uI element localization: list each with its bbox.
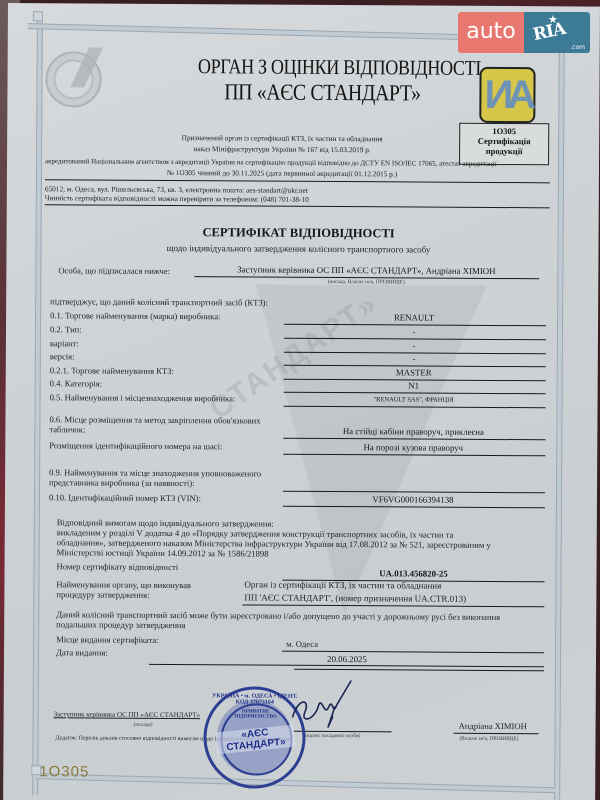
field-label: варіант: bbox=[50, 338, 79, 349]
certificate-number-value: UA.013.456820-25 bbox=[282, 568, 544, 581]
autoria-auto-text: auto bbox=[458, 12, 524, 53]
org-title-line2: ПП «АЄС СТАНДАРТ» bbox=[198, 79, 448, 106]
registration-line2: подальших процедур затвердження bbox=[56, 619, 185, 631]
chassis-label: Розміщення ідентифікаційного номера на ш… bbox=[49, 440, 222, 452]
org-title-line1: ОРГАН З ОЦІНКИ ВІДПОВІДНОСТІ bbox=[198, 54, 448, 81]
field-label: 0.2.1. Торгове найменування КТЗ: bbox=[50, 365, 174, 377]
organization-title: ОРГАН З ОЦІНКИ ВІДПОВІДНОСТІ ПП «АЄС СТА… bbox=[198, 54, 448, 106]
designated-line2: наказ Мініфраструктури України № 167 від… bbox=[107, 144, 457, 156]
autoria-domain: .com bbox=[570, 44, 585, 51]
field-label: 0.1. Торгове найменування (марка) виробн… bbox=[50, 310, 220, 322]
signer-caption: (посада, Власне ім'я, ПРІЗВИЩЕ) bbox=[196, 278, 536, 286]
field-value: MASTER bbox=[284, 367, 544, 380]
body-value-1: Орган із сертифікації КТЗ, їх частин та … bbox=[244, 579, 441, 591]
field-value: RENAULT bbox=[284, 312, 544, 325]
body-value-2: ПП 'АЄС СТАНДАРТ', (номер призначення UA… bbox=[244, 592, 466, 604]
autoria-watermark: auto ★ RIA .com bbox=[458, 12, 590, 53]
field-label: 0.4. Категорія: bbox=[50, 378, 103, 389]
field-value: "RENAULT SAS", ФРАНЦІЯ bbox=[284, 394, 544, 407]
field-label: 0.5. Найменування і місцезнаходження вир… bbox=[50, 392, 236, 404]
form-serial-number: 1О305 bbox=[39, 763, 89, 780]
designated-line1: Призначений орган із сертифікації КТЗ, ї… bbox=[107, 133, 457, 145]
field-label: версія: bbox=[50, 351, 75, 362]
field-label: 0.2. Тип: bbox=[50, 324, 82, 335]
accredited-line2: № 1О305 чинний до 30.11.2025 (дата перви… bbox=[107, 168, 457, 180]
field-value: - bbox=[284, 353, 544, 366]
field-value: N1 bbox=[284, 380, 544, 393]
stamp-top-text: ПРИВАТНЕ ПІДПРИЄМСТВО bbox=[231, 709, 281, 719]
certificate-title: СЕРТИФІКАТ ВІДПОВІДНОСТІ bbox=[0, 224, 599, 243]
certificate-number-label: Номер сертифікату відповідності bbox=[57, 561, 179, 573]
handwritten-signature-icon bbox=[289, 677, 359, 737]
compliance-line4: Міністерстві юстиції України 14.09.2012 … bbox=[57, 547, 269, 559]
autoria-ria-block: ★ RIA .com bbox=[524, 12, 590, 53]
body-label-2: процедуру затвердження: bbox=[56, 589, 149, 601]
signature-position: Заступник керівника ОС ПП «АЄС СТАНДАРТ» bbox=[54, 709, 201, 721]
plates-value: На стійці кабіни праворуч, приклеєна bbox=[283, 426, 543, 439]
date-label: Дата видання: bbox=[56, 647, 108, 658]
place-value: м. Одеса bbox=[286, 639, 318, 650]
chassis-value: На порозі кузова праворуч bbox=[283, 442, 543, 455]
accreditation-type-1: Сертифікація bbox=[460, 136, 548, 147]
accreditation-type-2: продукції bbox=[460, 146, 548, 157]
frame-left bbox=[32, 15, 43, 795]
frame-bottom bbox=[35, 773, 555, 793]
field-value: - bbox=[284, 340, 544, 353]
certificate-subtitle: щодо індивідуального затвердження колісн… bbox=[0, 242, 599, 256]
phone-note: Чинність сертифіката відповідності можна… bbox=[45, 193, 309, 205]
vin-value: VF6VG000166394138 bbox=[283, 494, 543, 507]
place-label: Місце видання сертифіката: bbox=[56, 634, 159, 646]
vin-label: 0.10. Ідентифікаційний номер КТЗ (VIN): bbox=[49, 492, 201, 504]
confirms-text: підтверджує, що даний колісний транспорт… bbox=[50, 296, 268, 308]
accreditation-mark-text: ИА bbox=[484, 75, 530, 115]
signatory-name-caption: (Власне ім'я, ПРІЗВИЩЕ) bbox=[459, 736, 518, 742]
signer-label: Особа, що підписалася нижче: bbox=[58, 265, 170, 277]
autoria-ria-text: RIA bbox=[531, 19, 567, 45]
field-value: - bbox=[284, 326, 544, 339]
certificate-sheet: СТАНДАРТ» ОРГАН З ОЦІНКИ ВІДПОВІДНОСТІ П… bbox=[3, 3, 600, 800]
accreditation-number: 1О305 bbox=[460, 126, 548, 137]
signature-position-caption: (посада) bbox=[134, 722, 153, 728]
accreditation-mark-icon: ИА bbox=[479, 67, 535, 123]
signer-value: Заступник керівника ОС ПП «АЄС СТАНДАРТ»… bbox=[196, 264, 536, 277]
representative-label-2: представника виробника (за наявності): bbox=[49, 477, 195, 489]
frame-corner bbox=[33, 11, 43, 21]
plates-label-2: табличок: bbox=[49, 424, 85, 435]
signatory-name: Андріана ХІМІОН bbox=[459, 721, 527, 732]
